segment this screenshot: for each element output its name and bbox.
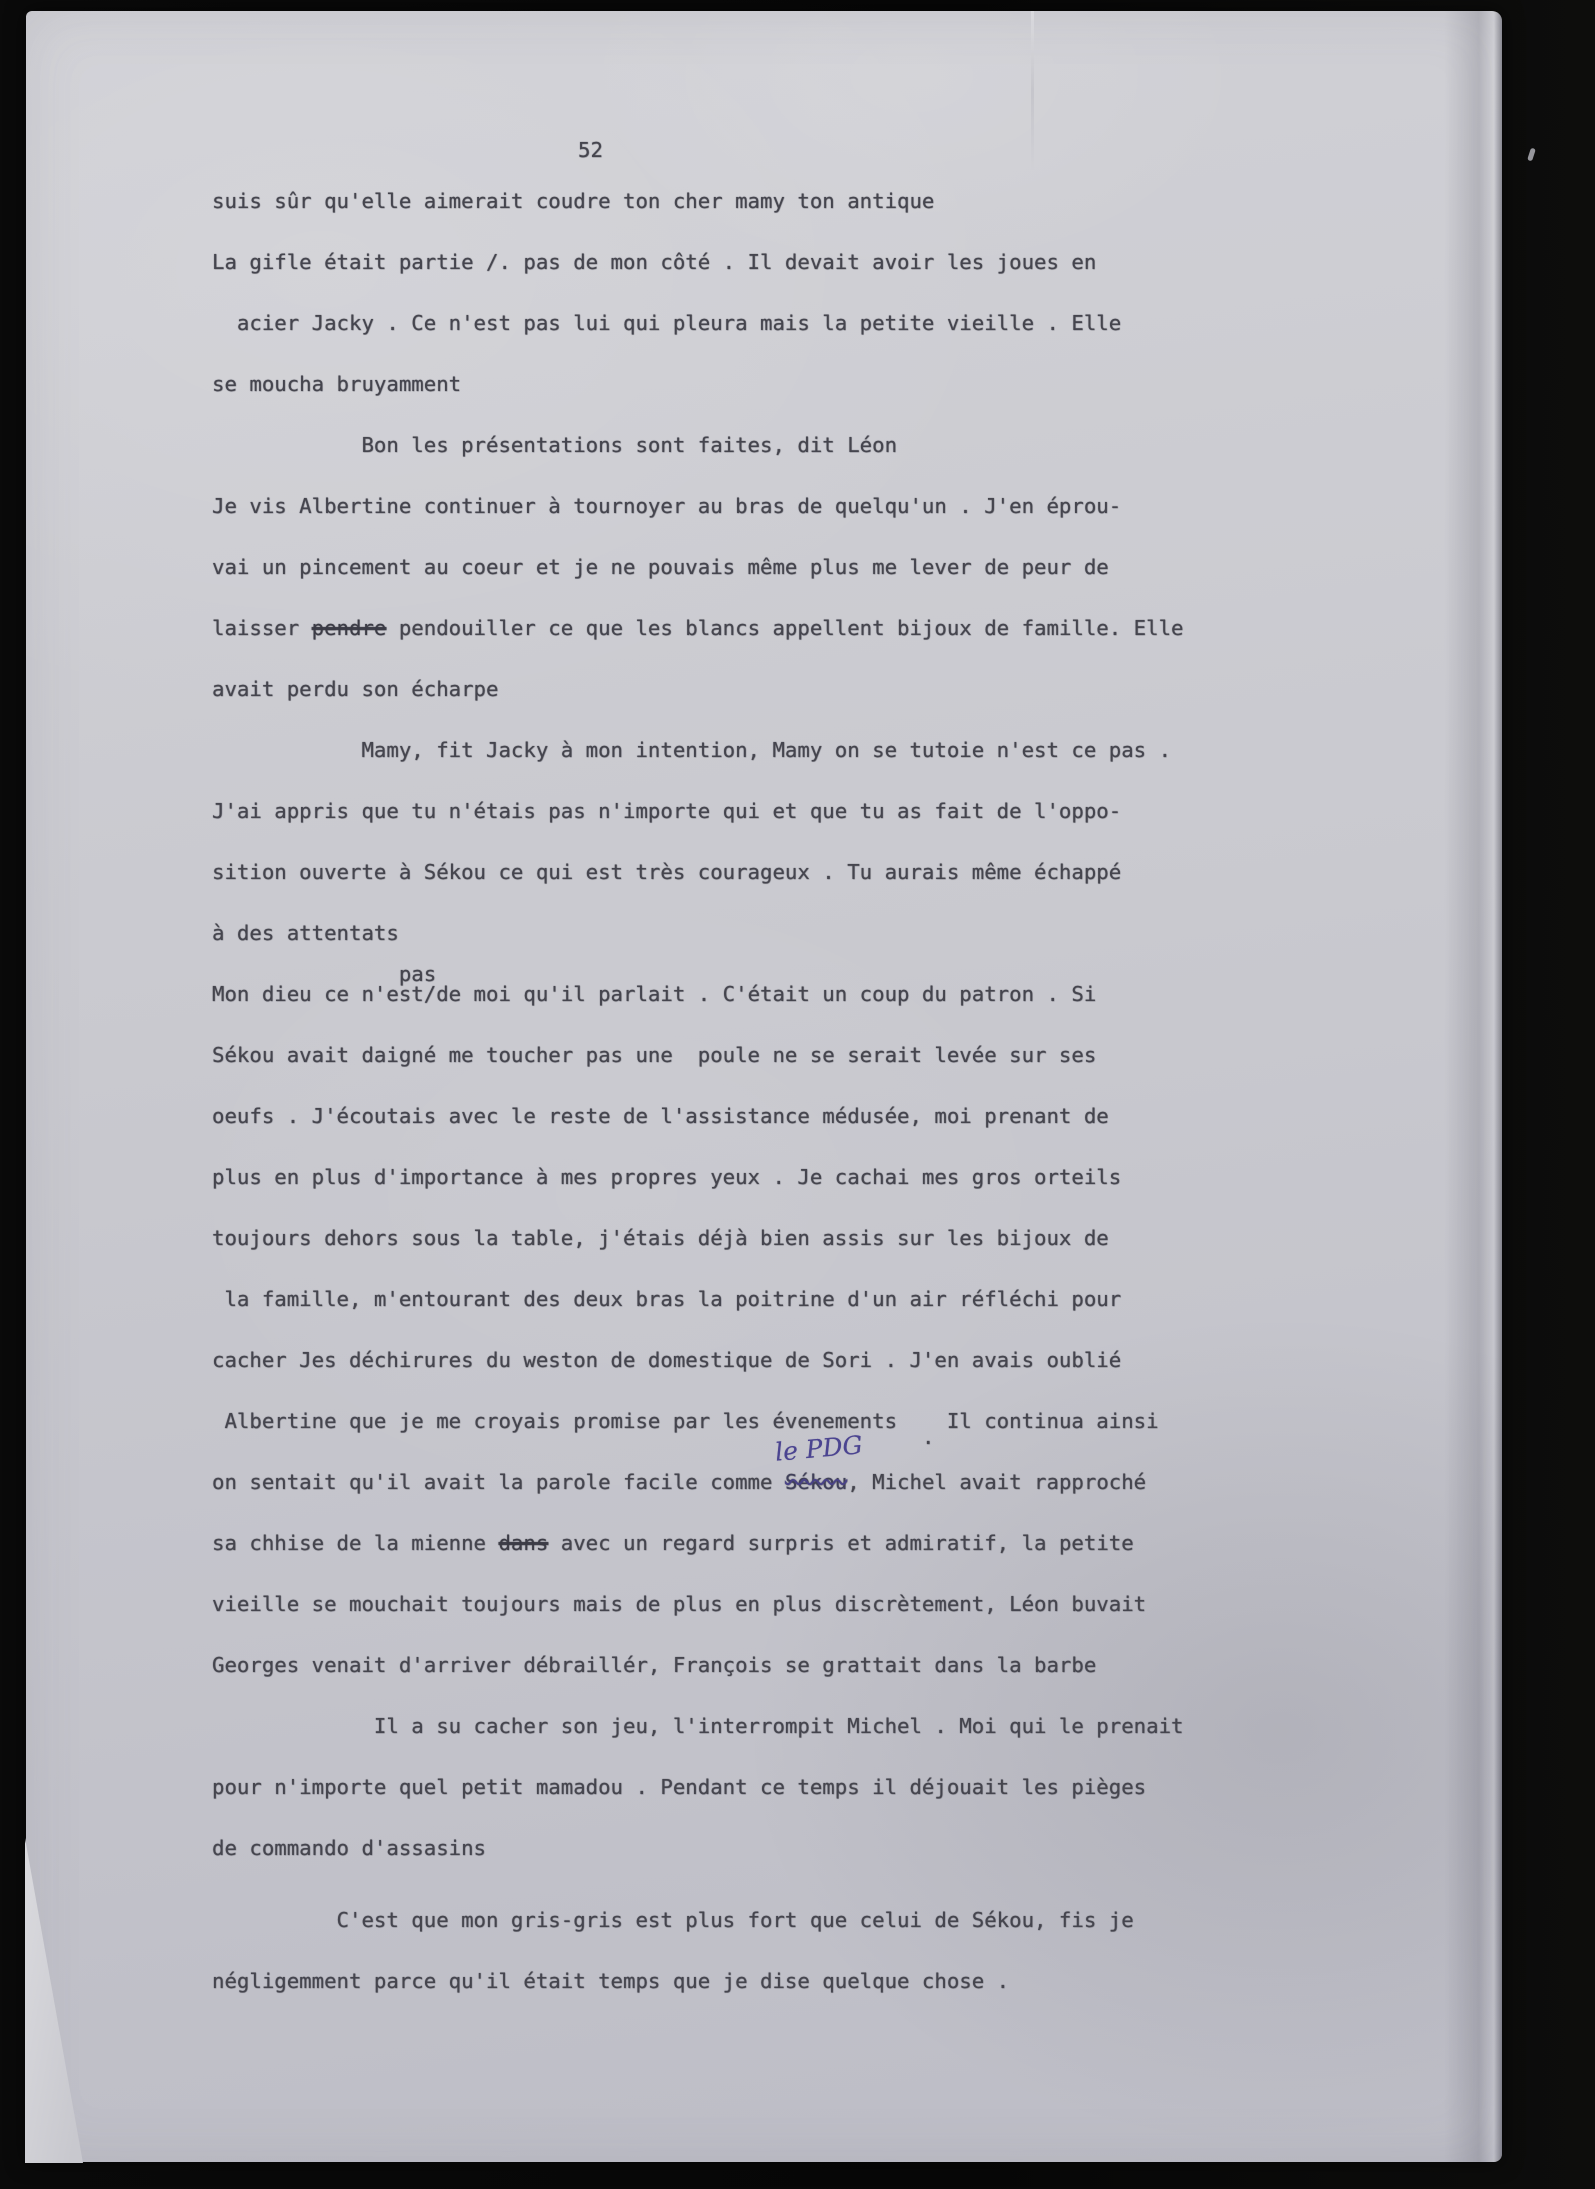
typed-line: Mamy, fit Jacky à mon intention, Mamy on… (212, 737, 1184, 798)
typed-text: on sentait qu'il avait la parole facile … (212, 1470, 785, 1494)
typed-text: acier Jacky . Ce n'est pas lui qui pleur… (212, 311, 1121, 335)
typed-text: plus en plus d'importance à mes propres … (212, 1165, 1121, 1189)
typed-text: suis sûr qu'elle aimerait coudre ton che… (212, 189, 934, 213)
typed-line: C'est que mon gris-gris est plus fort qu… (212, 1907, 1184, 1968)
typed-text: laisser (212, 616, 312, 640)
typed-line: la famille, m'entourant des deux bras la… (212, 1286, 1184, 1347)
typed-text: vieille se mouchait toujours mais de plu… (212, 1592, 1146, 1616)
typed-line: avait perdu son écharpe (212, 676, 1184, 737)
typed-text: Il continua ainsi (922, 1409, 1159, 1433)
typed-text: sition ouverte à Sékou ce qui est très c… (212, 860, 1121, 884)
typed-text: Je vis Albertine continuer à tournoyer a… (212, 494, 1121, 518)
typed-text: oeufs . J'écoutais avec le reste de l'as… (212, 1104, 1109, 1128)
typed-line: de commando d'assasins (212, 1835, 1184, 1896)
typed-line: à des attentats (212, 920, 1184, 981)
typed-struck-word: pendre (312, 616, 387, 640)
typed-line: acier Jacky . Ce n'est pas lui qui pleur… (212, 310, 1184, 371)
typed-line: La gifle était partie /. pas de mon côté… (212, 249, 1184, 310)
typed-line: pour n'importe quel petit mamadou . Pend… (212, 1774, 1184, 1835)
typed-line: Il a su cacher son jeu, l'interrompit Mi… (212, 1713, 1184, 1774)
typed-text: Il a su cacher son jeu, l'interrompit Mi… (212, 1714, 1183, 1738)
typed-text: C'est que mon gris-gris est plus fort qu… (212, 1908, 1134, 1932)
typed-line: Bon les présentations sont faites, dit L… (212, 432, 1184, 493)
typed-line: Albertine que je me croyais promise par … (212, 1408, 1184, 1469)
typed-text: cacher Jes déchirures du weston de domes… (212, 1348, 1121, 1372)
typed-text: Mon dieu ce n'e (212, 982, 399, 1006)
handwritten-annotation: le PDG (774, 1432, 863, 1465)
typed-line: sition ouverte à Sékou ce qui est très c… (212, 859, 1184, 920)
typed-line: on sentait qu'il avait la parole facile … (212, 1469, 1184, 1530)
page-number: 52 (578, 137, 603, 164)
typed-text: avec un regard surpris et admiratif, la … (548, 1531, 1133, 1555)
typed-text: pendouiller ce que les blancs appellent … (386, 616, 1183, 640)
typed-text: Georges venait d'arriver débraillér, Fra… (212, 1653, 1096, 1677)
paper-right-edge-shadow (1444, 11, 1502, 2162)
typed-line: sa chhise de la mienne dans avec un rega… (212, 1530, 1184, 1591)
photo-background: 52 suis sûr qu'elle aimerait coudre ton … (0, 0, 1595, 2189)
typed-text: à des attentats (212, 921, 399, 945)
typed-text: Bon les présentations sont faites, dit L… (212, 433, 897, 457)
typed-struck-word: dans (498, 1531, 548, 1555)
typed-text: toujours dehors sous la table, j'étais d… (212, 1226, 1109, 1250)
typed-text: , Michel avait rapproché (847, 1470, 1146, 1494)
paper-speck (1527, 148, 1536, 162)
typed-line: J'ai appris que tu n'étais pas n'importe… (212, 798, 1184, 859)
typed-line: Sékou avait daigné me toucher pas une po… (212, 1042, 1184, 1103)
typed-text: vai un pincement au coeur et je ne pouva… (212, 555, 1109, 579)
typed-line: Mon dieu ce n'epasst/de moi qu'il parlai… (212, 981, 1184, 1042)
typed-text: sa chhise de la mienne (212, 1531, 498, 1555)
typed-line: vai un pincement au coeur et je ne pouva… (212, 554, 1184, 615)
typed-line: laisser pendre pendouiller ce que les bl… (212, 615, 1184, 676)
typed-line: suis sûr qu'elle aimerait coudre ton che… (212, 188, 1184, 249)
corner-fold (25, 1838, 83, 2163)
typed-line: Georges venait d'arriver débraillér, Fra… (212, 1652, 1184, 1713)
typed-line: cacher Jes déchirures du weston de domes… (212, 1347, 1184, 1408)
typed-line: se moucha bruyamment (212, 371, 1184, 432)
typed-line: toujours dehors sous la table, j'étais d… (212, 1225, 1184, 1286)
typed-text: la famille, m'entourant des deux bras la… (212, 1287, 1121, 1311)
typed-line: vieille se mouchait toujours mais de plu… (212, 1591, 1184, 1652)
typed-text: Mamy, fit Jacky à mon intention, Mamy on… (212, 738, 1171, 762)
typed-text: se moucha bruyamment (212, 372, 461, 396)
typed-text: Albertine que je me croyais promise par … (212, 1409, 922, 1433)
typed-line: plus en plus d'importance à mes propres … (212, 1164, 1184, 1225)
typed-line: oeufs . J'écoutais avec le reste de l'as… (212, 1103, 1184, 1164)
typed-text-block: suis sûr qu'elle aimerait coudre ton che… (212, 188, 1184, 2029)
paper-crease (1031, 11, 1034, 171)
typed-text: négligemment parce qu'il était temps que… (212, 1969, 1009, 1993)
paper-sheet: 52 suis sûr qu'elle aimerait coudre ton … (26, 11, 1502, 2162)
typed-line: Je vis Albertine continuer à tournoyer a… (212, 493, 1184, 554)
typed-text: La gifle était partie /. pas de mon côté… (212, 250, 1096, 274)
typed-text: st/de moi qu'il parlait . C'était un cou… (399, 982, 1096, 1006)
typed-line: négligemment parce qu'il était temps que… (212, 1968, 1184, 2029)
typed-text: Sékou avait daigné me toucher pas une po… (212, 1043, 1096, 1067)
typed-text: de commando d'assasins (212, 1836, 486, 1860)
typed-text: pour n'importe quel petit mamadou . Pend… (212, 1775, 1146, 1799)
typed-text: J'ai appris que tu n'étais pas n'importe… (212, 799, 1121, 823)
typed-text: avait perdu son écharpe (212, 677, 498, 701)
pen-struck-word: Sékoule PDG (785, 1470, 847, 1494)
